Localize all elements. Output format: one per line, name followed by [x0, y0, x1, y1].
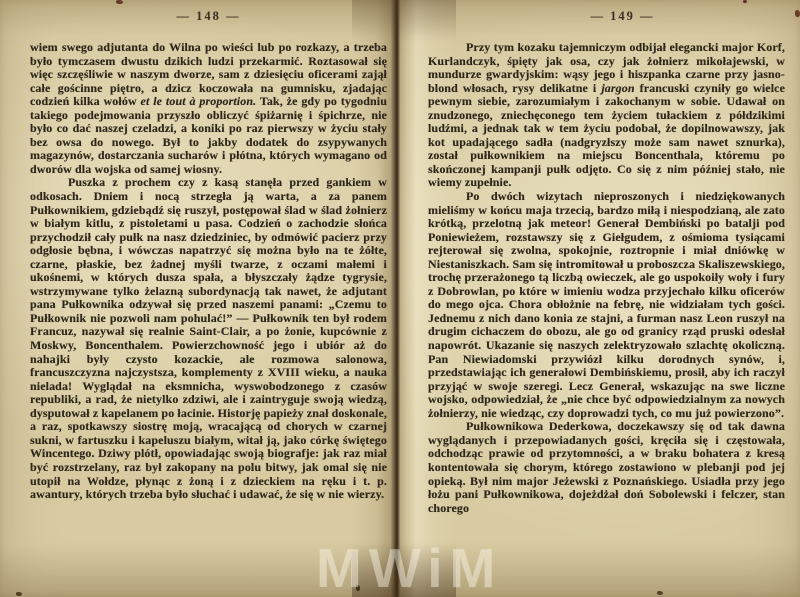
scan-speck	[795, 10, 800, 17]
text-run: Pułkownikowa Dederkowa, doczekawszy się …	[428, 419, 785, 514]
page-left-text: wiem swego adjutanta do Wilna po wieści …	[30, 41, 387, 502]
scan-speck	[16, 592, 22, 596]
italic-phrase: jargon	[601, 81, 634, 95]
page-number-left: — 148 —	[30, 9, 387, 24]
paragraph: Po dwóch wizytach nieproszonych i niedzi…	[428, 190, 785, 420]
scan-speck	[743, 0, 747, 3]
scan-speck	[356, 585, 360, 591]
text-run: francuski czyniły go wielce pewnym siebi…	[428, 81, 785, 190]
paragraph: wiem swego adjutanta do Wilna po wieści …	[30, 41, 387, 176]
page-number-right: — 149 —	[444, 9, 800, 24]
text-run: Po dwóch wizytach nieproszonych i niedzi…	[428, 189, 785, 420]
text-run: Puszka z prochem czy z kasą stanęła prze…	[30, 175, 387, 501]
paragraph: Przy tym kozaku tajemniczym odbijał eleg…	[428, 41, 785, 190]
paragraph: Puszka z prochem czy z kasą stanęła prze…	[30, 176, 387, 501]
scan-speck	[657, 591, 663, 595]
paragraph: Pułkownikowa Dederkowa, doczekawszy się …	[428, 420, 785, 515]
page-right-text: Przy tym kozaku tajemniczym odbijał eleg…	[428, 41, 785, 515]
italic-phrase: et le tout à proportion.	[141, 94, 257, 108]
scan-speck	[116, 0, 123, 4]
